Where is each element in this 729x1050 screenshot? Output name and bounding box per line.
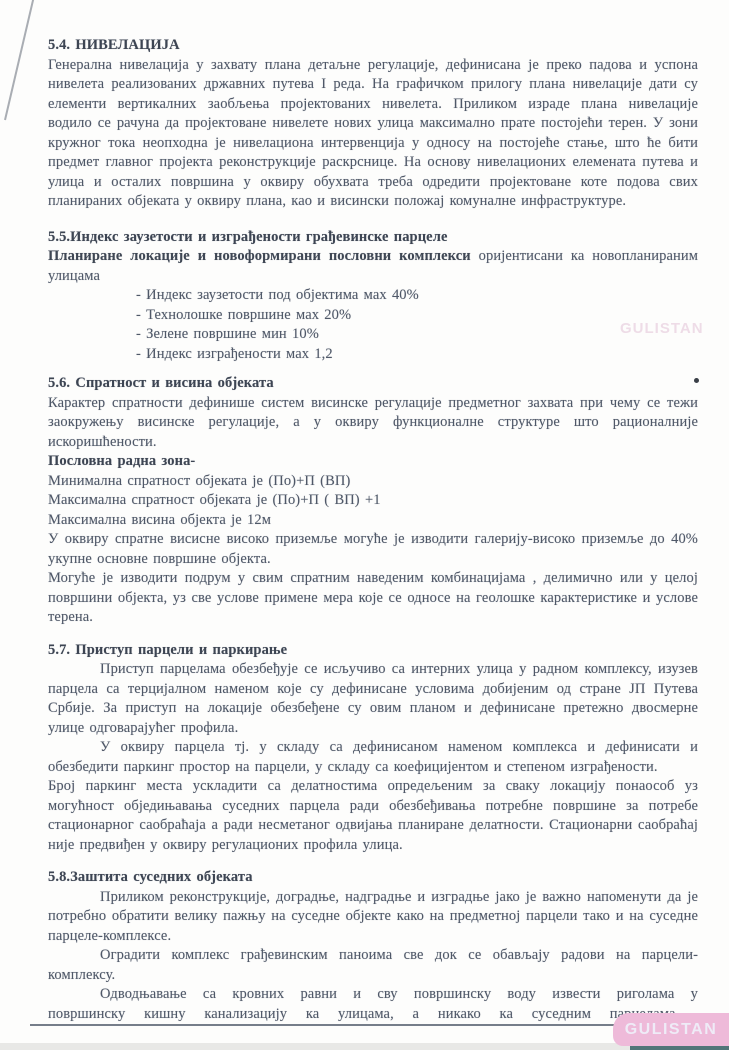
index-parameters-list: - Индекс заузетости под објектима мах 40… — [48, 286, 698, 364]
section-5-5-lead: Планиране локације и новоформирани посло… — [48, 247, 698, 286]
document-page: 5.4. НИВЕЛАЦИЈА Генерална нивелација у з… — [0, 0, 729, 1026]
section-5-4-heading: 5.4. НИВЕЛАЦИЈА — [48, 36, 698, 56]
section-5-4-paragraph: Генерална нивелација у захвату плана дет… — [48, 56, 698, 212]
list-item: - Индекс заузетости под објектима мах 40… — [136, 286, 698, 306]
section-gap — [48, 212, 698, 228]
section-5-8-heading: 5.8.Заштита суседних објеката — [48, 868, 698, 888]
section-5-8-paragraph-2: Оградити комплекс грађевинским паноима с… — [48, 946, 698, 985]
watermark-mid: GULISTAN — [620, 320, 704, 337]
section-5-8-paragraph-1: Приликом реконструкције, доградње, надгр… — [48, 888, 698, 947]
section-5-6: 5.6. Спратност и висина објеката Каракте… — [48, 374, 698, 628]
list-item: - Зелене површине мин 10% — [136, 325, 698, 345]
section-5-6-paragraph-2: У оквиру спратне висисне високо приземље… — [48, 530, 698, 569]
section-5-4: 5.4. НИВЕЛАЦИЈА Генерална нивелација у з… — [48, 36, 698, 212]
section-5-6-paragraph-3: Могуће је изводити подрум у свим спратни… — [48, 569, 698, 628]
section-gap — [48, 628, 698, 641]
stray-ink-dot — [694, 378, 699, 383]
rule-line: Максимална висина објекта је 12м — [48, 511, 698, 531]
section-5-6-subheading: Пословна радна зона- — [48, 452, 698, 472]
section-5-8: 5.8.Заштита суседних објеката Приликом р… — [48, 868, 698, 1026]
section-5-5-lead-bold: Планиране локације и новоформирани посло… — [48, 248, 471, 264]
section-5-8-paragraph-3: Одводњавање са кровних равни и сву површ… — [48, 985, 698, 1024]
section-5-7-paragraph-2: У оквиру парцела тј. у складу са дефинис… — [48, 738, 698, 777]
section-5-7-paragraph-3: Број паркинг места ускладити са делатнос… — [48, 777, 698, 855]
rule-line: Максимална спратност објеката је (По)+П … — [48, 491, 698, 511]
section-5-6-paragraph-1: Карактер спратности дефинише систем виси… — [48, 394, 698, 453]
rule-line: Минимална спратност објеката је (По)+П (… — [48, 472, 698, 492]
section-5-7: 5.7. Приступ парцели и паркирање Приступ… — [48, 641, 698, 856]
section-5-7-heading: 5.7. Приступ парцели и паркирање — [48, 641, 698, 661]
list-item: - Индекс изграђености мах 1,2 — [136, 345, 698, 365]
section-5-6-heading: 5.6. Спратност и висина објеката — [48, 374, 698, 394]
section-5-5-heading: 5.5.Индекс заузетости и изграђености гра… — [48, 228, 698, 248]
storey-rules: Минимална спратност објеката је (По)+П (… — [48, 472, 698, 531]
section-gap — [48, 364, 698, 374]
section-5-7-paragraph-1: Приступ парцелама обезбеђује се исључиво… — [48, 660, 698, 738]
list-item: - Технолошке површине мах 20% — [136, 306, 698, 326]
section-gap — [48, 855, 698, 868]
section-5-5: 5.5.Индекс заузетости и изграђености гра… — [48, 228, 698, 365]
drainage-line-2: површинску кишну канализацију ка улицама… — [48, 1005, 698, 1025]
drainage-line-1: Одводњавање са кровних равни и сву површ… — [48, 985, 698, 1005]
watermark-bottom: GULISTAN — [613, 1013, 729, 1046]
